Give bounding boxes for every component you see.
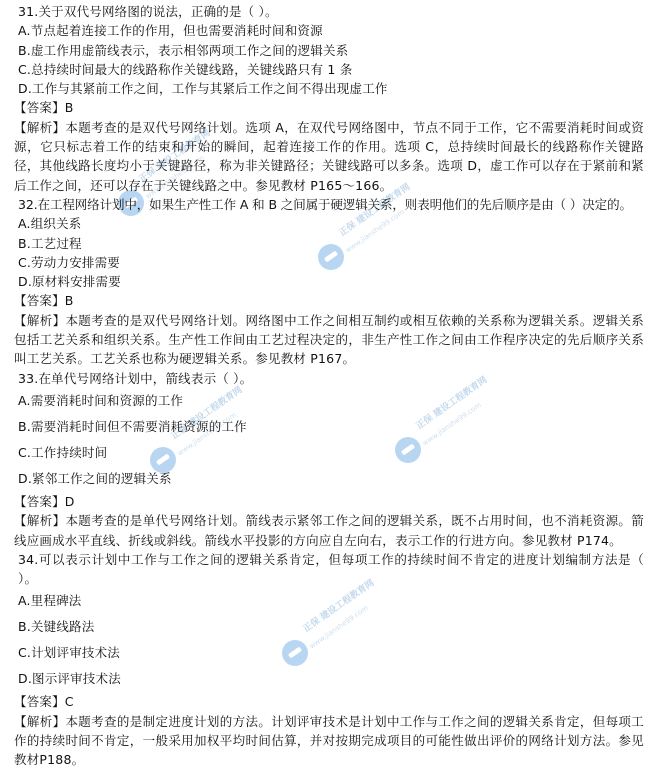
option-b: B.工艺过程 [18, 234, 644, 253]
option-d: D.图示评审技术法 [18, 666, 644, 692]
answer: 【答案】C [14, 692, 644, 711]
question-stem: 34.可以表示计划中工作与工作之间的逻辑关系肯定，但每项工作的持续时间不肯定的进… [18, 550, 644, 589]
option-a: A.里程碑法 [18, 588, 644, 614]
option-a: A.需要消耗时间和资源的工作 [18, 388, 644, 414]
analysis: 【解析】本题考查的是双代号网络计划。选项 A，在双代号网络图中，节点不同于工作，… [14, 118, 644, 195]
question-31: 31.关于双代号网络图的说法，正确的是（ ）。 A.节点起着连接工作的作用，但也… [18, 2, 644, 195]
option-c: C.计划评审技术法 [18, 640, 644, 666]
question-stem: 31.关于双代号网络图的说法，正确的是（ ）。 [18, 2, 644, 21]
option-c: C.劳动力安排需要 [18, 253, 644, 272]
analysis: 【解析】本题考查的是单代号网络计划。箭线表示紧邻工作之间的逻辑关系，既不占用时间… [14, 511, 644, 550]
answer: 【答案】B [14, 98, 644, 117]
option-c: C.总持续时间最大的线路称作关键线路，关键线路只有 1 条 [18, 60, 644, 79]
option-d: D.原材料安排需要 [18, 272, 644, 291]
answer: 【答案】D [14, 492, 644, 511]
option-d: D.工作与其紧前工作之间，工作与其紧后工作之间不得出现虚工作 [18, 79, 644, 98]
question-32: 32.在工程网络计划中，如果生产性工作 A 和 B 之间属于硬逻辑关系，则表明他… [18, 195, 644, 369]
option-d: D.紧邻工作之间的逻辑关系 [18, 466, 644, 492]
option-a: A.组织关系 [18, 214, 644, 233]
option-b: B.需要消耗时间但不需要消耗资源的工作 [18, 414, 644, 440]
question-stem: 32.在工程网络计划中，如果生产性工作 A 和 B 之间属于硬逻辑关系，则表明他… [18, 195, 644, 214]
option-a: A.节点起着连接工作的作用，但也需要消耗时间和资源 [18, 21, 644, 40]
option-b: B.关键线路法 [18, 614, 644, 640]
option-b: B.虚工作用虚箭线表示，表示相邻两项工作之间的逻辑关系 [18, 41, 644, 60]
question-stem: 33.在单代号网络计划中，箭线表示（ ）。 [18, 369, 644, 388]
exam-document: 31.关于双代号网络图的说法，正确的是（ ）。 A.节点起着连接工作的作用，但也… [18, 2, 644, 770]
question-33: 33.在单代号网络计划中，箭线表示（ ）。 A.需要消耗时间和资源的工作 B.需… [18, 369, 644, 550]
analysis: 【解析】本题考查的是双代号网络计划。网络图中工作之间相互制约或相互依赖的关系称为… [14, 311, 644, 369]
option-c: C.工作持续时间 [18, 440, 644, 466]
question-34: 34.可以表示计划中工作与工作之间的逻辑关系肯定，但每项工作的持续时间不肯定的进… [18, 550, 644, 770]
analysis: 【解析】本题考查的是制定进度计划的方法。计划评审技术是计划中工作与工作之间的逻辑… [14, 712, 644, 770]
answer: 【答案】B [14, 291, 644, 310]
